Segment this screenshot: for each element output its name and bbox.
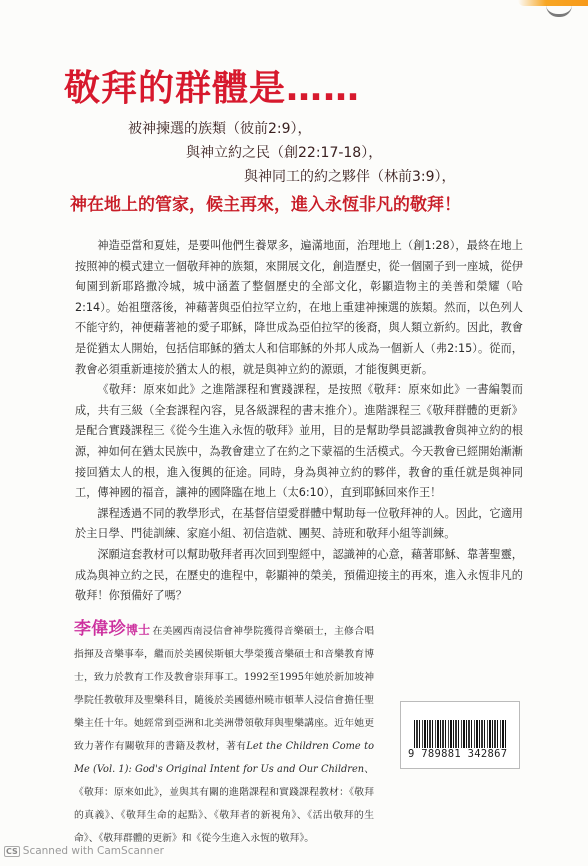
body-paragraph: 課程透過不同的教學形式，在基督信望愛群體中幫助每一位敬拜神的人。因此，它適用於主… [75,504,523,545]
body-paragraph: 神造亞當和夏娃，是要叫他們生養眾多，遍滿地面，治理地上（創1:28），最終在地上… [75,236,523,380]
author-bio: 李偉珍博士在美國西南浸信會神學院獲得音樂碩士，主修合唱指揮及音樂事奉，繼而於美國… [74,618,374,850]
camscanner-logo-icon: CS [4,846,20,857]
bio-text: 在美國西南浸信會神學院獲得音樂碩士，主修合唱指揮及音樂事奉，繼而於美國侯斯頓大學… [74,626,374,752]
author-title: 博士 [126,623,151,637]
body-paragraph: 《敬拜：原來如此》之進階課程和實踐課程，是按照《敬拜：原來如此》一書編製而成，共… [75,380,523,504]
subheading: 神在地上的管家，候主再來，進入永恆非凡的敬拜！ [70,190,461,215]
verse-line: 與神立約之民（創22:17-18）， [186,142,382,162]
verse-line: 與神同工的約之夥伴（林前3:9）， [244,166,456,186]
bio-text: 、《敬拜：原來如此》，並與其有關的進階課程和實踐課程教材：《敬拜的真義》、《敬拜… [74,764,374,844]
corner-decoration-art [518,0,588,22]
barcode-number: 9 789881 342867 [406,748,509,760]
watermark-label: Scanned with CamScanner [23,845,164,857]
page-headline: 敬拜的群體是…… [64,60,360,111]
body-paragraph: 深願這套教材可以幫助敬拜者再次回到聖經中，認識神的心意，藉著耶穌、靠著聖靈，成為… [75,545,523,607]
verse-line: 被神揀選的族類（彼前2:9）， [128,118,312,138]
ink-brush-stroke [546,5,572,17]
isbn-barcode: 9 789881 342867 [400,701,520,769]
body-text: 神造亞當和夏娃，是要叫他們生養眾多，遍滿地面，治理地上（創1:28），最終在地上… [75,236,523,607]
scanner-watermark: CS Scanned with CamScanner [4,845,164,857]
author-name: 李偉珍 [74,619,126,639]
